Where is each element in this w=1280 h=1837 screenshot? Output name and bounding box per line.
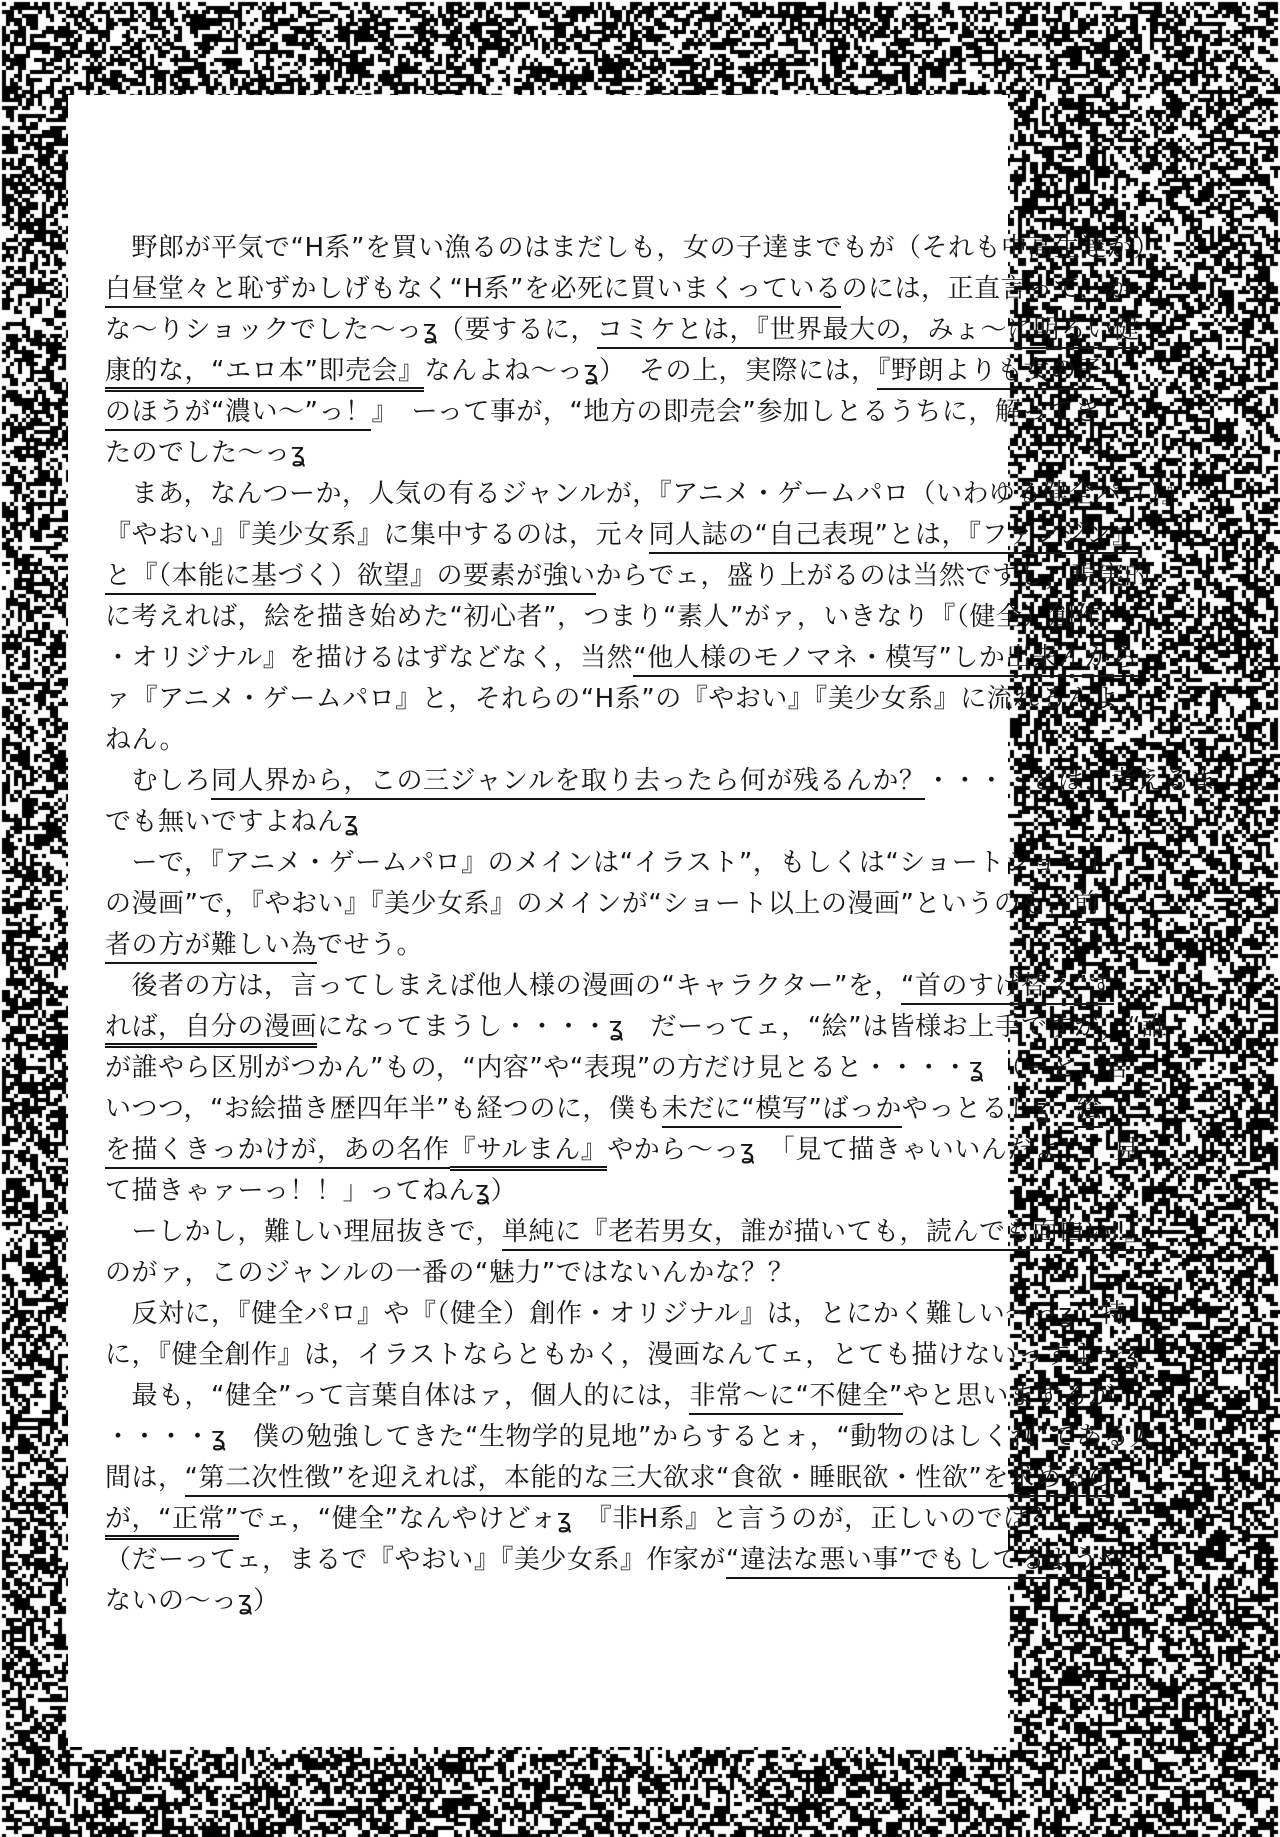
body-text: 野郎が平気で“H系”を買い漁るのはまだしも，女の子達までもが（それも中高生達が）… <box>105 228 977 1622</box>
text-segment: ァ『アニメ・ゲームパロ』と，それらの“H系”の『やおい』『美少女系』に流れるんよ <box>105 684 1119 714</box>
text-line: 『やおい』『美少女系』に集中するのは，元々同人誌の“自己表現”とは，『ファンジン… <box>105 515 977 556</box>
text-segment: ーで，『アニメ・ゲームパロ』のメインは“イラスト”，もしくは“ショートショート <box>105 848 1110 878</box>
text-line: 康的な，“エロ本”即売会』なんよね〜っʓ） その上，実際には，『野朗よりも女の子 <box>105 351 977 392</box>
underlined-text: コミケとは，『世界最大の，みょ〜に明るい健 <box>597 315 1139 349</box>
text-line: れば，自分の漫画になってまうし・・・・ʓ だーってェ，“絵”は皆様お上手ですが，… <box>105 1007 977 1048</box>
text-line: （だーってェ，まるで『やおい』『美少女系』作家が“違法な悪い事”でもしてるようや <box>105 1540 977 1581</box>
text-segment: ・オリジナル』を描けるはずなどなく，当然 <box>105 643 633 673</box>
underlined-text: 者の方が難しい為 <box>105 930 317 964</box>
underlined-text: 未だに“模写”ばっか <box>662 1094 902 1128</box>
text-segment: からでェ，盛り上がるのは当然ですし，現実的 <box>596 561 1151 591</box>
text-segment: やから〜っʓ 「見て描きゃいいんだよ！ 見 <box>607 1135 1140 1165</box>
text-segment: やっとるしʓ <box>902 1094 1077 1124</box>
text-line: のほうが“濃い〜”っ！』 ーって事が，“地方の即売会”参加しとるうちに，解ってき <box>105 392 977 433</box>
text-line: 反対に，『健全パロ』や『（健全）創作・オリジナル』は，とにかく難しい〜っʓ 特 <box>105 1294 977 1335</box>
text-line: むしろ同人界から，この三ジャンルを取り去ったら何が残るんか？・・・・とは，考える… <box>105 761 977 802</box>
text-segment: て描きゃァーっ！！」ってねんʓ） <box>105 1176 517 1206</box>
scanned-page: { "page": { "kind": "scanned typewritten… <box>0 0 1280 1837</box>
text-segment: まあ，なんつーか，人気の有るジャンルが，『アニメ・ゲームパロ（いわゆる健全パロ）… <box>105 479 1188 509</box>
text-segment: やと思いまするが <box>903 1381 1115 1411</box>
underlined-text: “違法な悪い事”でもしてるようや <box>726 1545 1125 1579</box>
text-line: ないの〜っʓ） <box>105 1581 977 1622</box>
underlined-text: 康的な，“エロ本”即売会』 <box>105 356 424 392</box>
text-segment: の漫画”で，『やおい』『美少女系』のメインが“ショート以上の漫画”というのも， <box>105 889 1073 919</box>
page-paper: 野郎が平気で“H系”を買い漁るのはまだしも，女の子達までもが（それも中高生達が）… <box>68 95 1008 1747</box>
text-segment: いつつ，“お絵描き歴四年半”も経つのに，僕も <box>105 1094 662 1124</box>
text-line: のがァ，このジャンルの一番の“魅力”ではないんかな？？ <box>105 1253 977 1294</box>
text-line: ーで，『アニメ・ゲームパロ』のメインは“イラスト”，もしくは“ショートショート <box>105 843 977 884</box>
text-line: に考えれば，絵を描き始めた“初心者”，つまり“素人”がァ，いきなり『（健全）創作 <box>105 597 977 638</box>
text-segment: でも無いですよねんʓ <box>105 807 359 837</box>
text-line: ァ『アニメ・ゲームパロ』と，それらの“H系”の『やおい』『美少女系』に流れるんよ <box>105 679 977 720</box>
underlined-text: “首のすげ替え”す <box>901 971 1114 1005</box>
text-segment: でせう。 <box>317 930 423 960</box>
underlined-text: を描くきっかけが，あの名作 <box>105 1135 450 1169</box>
underlined-text: 『野朗よりも女の子 <box>877 356 1103 390</box>
text-line: て描きゃァーっ！！」ってねんʓ） <box>105 1171 977 1212</box>
text-segment: のには，正直言って，か <box>841 274 1132 304</box>
text-line: たのでした〜っʓ <box>105 433 977 474</box>
text-segment: ーしかし，難しい理屈抜きで， <box>105 1217 502 1247</box>
text-line: と『（本能に基づく）欲望』の要素が強いからでェ，盛り上がるのは当然ですし，現実的 <box>105 556 977 597</box>
underlined-text: が，“正常” <box>105 1504 239 1540</box>
text-line: を描くきっかけが，あの名作『サルまん』やから〜っʓ 「見て描きゃいいんだよ！ 見 <box>105 1130 977 1171</box>
text-line: いつつ，“お絵描き歴四年半”も経つのに，僕も未だに“模写”ばっかやっとるしʓ 絵 <box>105 1089 977 1130</box>
text-line: 白昼堂々と恥ずかしげもなく“H系”を必死に買いまくっているのには，正直言って，か <box>105 269 977 310</box>
text-line: の漫画”で，『やおい』『美少女系』のメインが“ショート以上の漫画”というのも，前 <box>105 884 977 925</box>
text-segment: 間は， <box>105 1463 185 1493</box>
underlined-text: “他人様のモノマネ・模写”しか出来んから <box>633 643 1138 677</box>
text-segment: に，『健全創作』は，イラストならともかく，漫画なんてェ，とても描けないっすよ〜ʓ <box>105 1340 1139 1370</box>
underlined-text: 非常〜に“不健全” <box>689 1381 902 1415</box>
text-segment: に考えれば，絵を描き始めた“初心者”，つまり“素人”がァ，いきなり『（健全）創作 <box>105 602 1102 632</box>
text-segment: たのでした〜っʓ <box>105 438 306 468</box>
text-segment: になってまうし・・・・ʓ だーってェ，“絵”は皆様お上手ですが，“誰 <box>317 1012 1168 1042</box>
text-line: 最も，“健全”って言葉自体はァ，個人的には，非常〜に“不健全”やと思いまするが <box>105 1376 977 1417</box>
underlined-text: “第二次性徴”を迎えれば，本能的な三大欲求“食欲・睡眠欲・性欲”を求めるの <box>185 1463 1115 1497</box>
text-line: に，『健全創作』は，イラストならともかく，漫画なんてェ，とても描けないっすよ〜ʓ <box>105 1335 977 1376</box>
text-segment: が誰やら区別がつかん”もの，“内容”や“表現”の方だけ見とると・・・・ʓ （ーと… <box>105 1053 1130 1083</box>
text-segment: ねん。 <box>105 725 186 755</box>
text-line: ーしかし，難しい理屈抜きで，単純に『老若男女，誰が描いても，読んでも面白い‼』 <box>105 1212 977 1253</box>
text-line: 野郎が平気で“H系”を買い漁るのはまだしも，女の子達までもが（それも中高生達が）… <box>105 228 977 269</box>
text-segment: （だーってェ，まるで『やおい』『美少女系』作家が <box>105 1545 726 1575</box>
underlined-text: 白昼堂々と恥ずかしげもなく“H系”を必死に買いまくっている <box>105 274 841 308</box>
text-segment: 最も，“健全”って言葉自体はァ，個人的には， <box>105 1381 689 1411</box>
text-line: が誰やら区別がつかん”もの，“内容”や“表現”の方だけ見とると・・・・ʓ （ーと… <box>105 1048 977 1089</box>
text-segment: 野郎が平気で“H系”を買い漁るのはまだしも，女の子達までもが（それも中高生達が）… <box>105 233 1174 263</box>
underlined-text: のほうが“濃い〜”っ！ <box>105 397 371 431</box>
underlined-text: 『サルまん』 <box>450 1135 608 1171</box>
text-segment: でェ，“健全”なんやけどォʓ 『非H系』と言うのが，正しいのでは？ <box>239 1504 1056 1534</box>
text-line: が，“正常”でェ，“健全”なんやけどォʓ 『非H系』と言うのが，正しいのでは？ <box>105 1499 977 1540</box>
text-segment: ・・・・とは，考えるま <box>925 766 1217 796</box>
text-segment: のがァ，このジャンルの一番の“魅力”ではないんかな？？ <box>105 1258 794 1288</box>
text-line: 後者の方は，言ってしまえば他人様の漫画の“キャラクター”を，“首のすげ替え”す <box>105 966 977 1007</box>
underlined-text: 前 <box>1073 889 1100 923</box>
underlined-text: 絵 <box>1076 1094 1103 1128</box>
text-segment: ・・・・ʓ 僕の勉強してきた“生物学的見地”からするとォ，“動物のはしくれ”であ… <box>105 1422 1156 1452</box>
text-segment: なんよね〜っʓ） その上，実際には， <box>424 356 877 386</box>
text-line: 間は，“第二次性徴”を迎えれば，本能的な三大欲求“食欲・睡眠欲・性欲”を求めるの <box>105 1458 977 1499</box>
text-segment: ないの〜っʓ） <box>105 1586 280 1616</box>
underlined-text: 同人界から，この三ジャンルを取り去ったら何が残るんか？ <box>211 766 925 800</box>
text-line: ねん。 <box>105 720 977 761</box>
text-line: ・オリジナル』を描けるはずなどなく，当然“他人様のモノマネ・模写”しか出来んから <box>105 638 977 679</box>
underlined-text: と『（本能に基づく）欲望』の要素が強い <box>105 561 596 595</box>
text-line: ・・・・ʓ 僕の勉強してきた“生物学的見地”からするとォ，“動物のはしくれ”であ… <box>105 1417 977 1458</box>
text-line: な〜りショックでした〜っʓ（要するに，コミケとは，『世界最大の，みょ〜に明るい健 <box>105 310 977 351</box>
text-segment: 後者の方は，言ってしまえば他人様の漫画の“キャラクター”を， <box>105 971 901 1001</box>
text-segment: 『やおい』『美少女系』に集中するのは，元々 <box>105 520 649 550</box>
underlined-text: 単純に『老若男女，誰が描いても，読んでも面白い‼』 <box>502 1217 1151 1251</box>
underlined-text: れば，自分の漫画 <box>105 1012 317 1048</box>
text-line: でも無いですよねんʓ <box>105 802 977 843</box>
text-line: まあ，なんつーか，人気の有るジャンルが，『アニメ・ゲームパロ（いわゆる健全パロ）… <box>105 474 977 515</box>
text-line: 者の方が難しい為でせう。 <box>105 925 977 966</box>
text-segment: むしろ <box>105 766 211 796</box>
text-segment: 反対に，『健全パロ』や『（健全）創作・オリジナル』は，とにかく難しい〜っʓ 特 <box>105 1299 1127 1329</box>
text-segment: な〜りショックでした〜っʓ（要するに， <box>105 315 597 345</box>
underlined-text: 同人誌の“自己表現”とは，『ファンジン』 <box>649 520 1139 554</box>
text-segment: 』 ーって事が，“地方の即売会”参加しとるうちに，解ってき <box>371 397 1100 427</box>
